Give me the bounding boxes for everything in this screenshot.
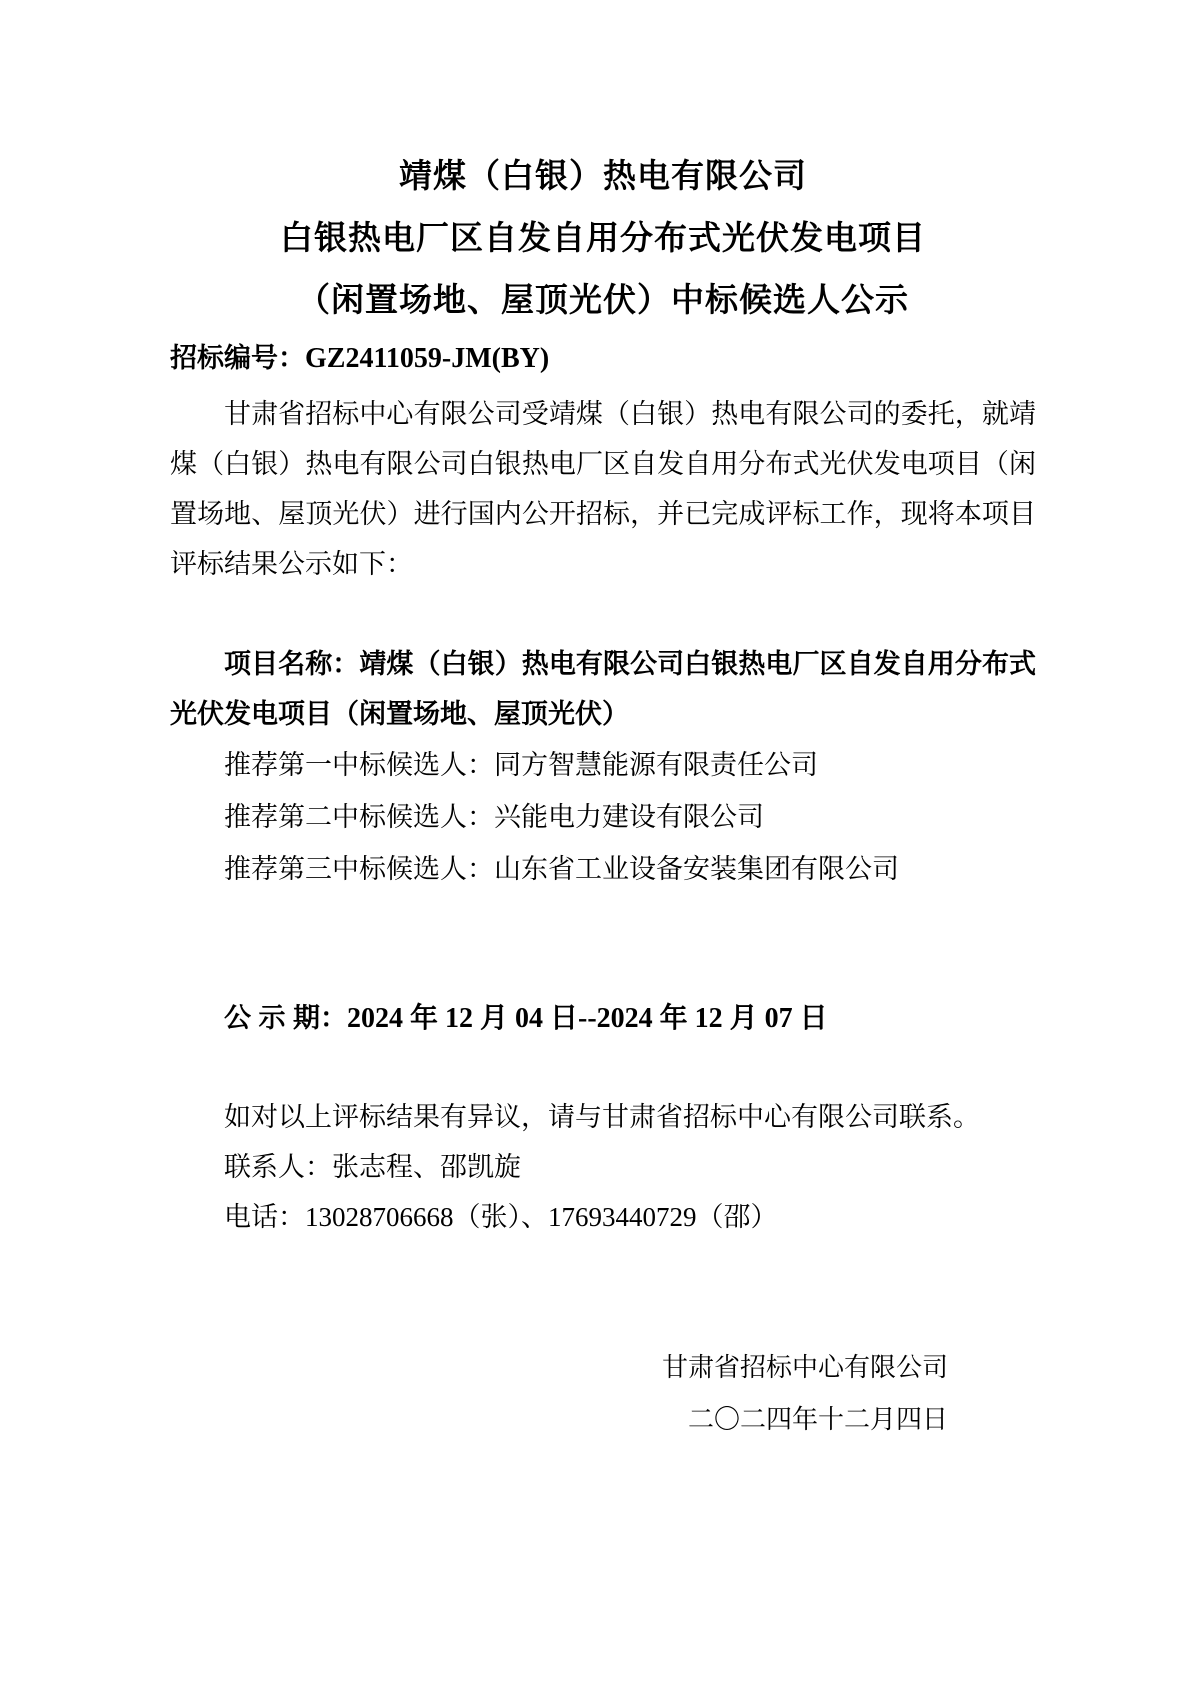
contact-person-value: 张志程、邵凯旋 — [332, 1152, 521, 1182]
title-line-2: 白银热电厂区自发自用分布式光伏发电项目 — [170, 207, 1036, 269]
project-name-label: 项目名称： — [224, 649, 359, 679]
phone-value: 13028706668（张）、17693440729（邵） — [305, 1202, 778, 1232]
candidate-first-label: 推荐第一中标候选人： — [224, 750, 494, 780]
phone-line: 电话：13028706668（张）、17693440729（邵） — [170, 1192, 1036, 1242]
signature-company: 甘肃省招标中心有限公司 — [170, 1342, 948, 1394]
publicity-period-label: 公 示 期： — [224, 1003, 347, 1033]
phone-label: 电话： — [224, 1202, 305, 1232]
contact-person-label: 联系人： — [224, 1152, 332, 1182]
candidate-third-value: 山东省工业设备安装集团有限公司 — [494, 854, 899, 884]
project-name-paragraph: 项目名称：靖煤（白银）热电有限公司白银热电厂区自发自用分布式光伏发电项目（闲置场… — [170, 639, 1036, 739]
publicity-period-line: 公 示 期：2024 年 12 月 04 日--2024 年 12 月 07 日 — [170, 993, 1036, 1044]
title-line-1: 靖煤（白银）热电有限公司 — [170, 145, 1036, 207]
contact-person-line: 联系人：张志程、邵凯旋 — [170, 1142, 1036, 1192]
signature-block: 甘肃省招标中心有限公司 二〇二四年十二月四日 — [170, 1342, 1036, 1446]
candidate-second-label: 推荐第二中标候选人： — [224, 802, 494, 832]
document-page: 靖煤（白银）热电有限公司 白银热电厂区自发自用分布式光伏发电项目 （闲置场地、屋… — [0, 0, 1191, 1684]
candidate-line-third: 推荐第三中标候选人：山东省工业设备安装集团有限公司 — [170, 843, 1036, 895]
candidate-list: 推荐第一中标候选人：同方智慧能源有限责任公司 推荐第二中标候选人：兴能电力建设有… — [170, 739, 1036, 895]
candidate-line-first: 推荐第一中标候选人：同方智慧能源有限责任公司 — [170, 739, 1036, 791]
bid-number-label: 招标编号： — [170, 343, 305, 373]
candidate-line-second: 推荐第二中标候选人：兴能电力建设有限公司 — [170, 791, 1036, 843]
bid-number-line: 招标编号：GZ2411059-JM(BY) — [170, 333, 1036, 384]
objection-note: 如对以上评标结果有异议，请与甘肃省招标中心有限公司联系。 — [170, 1092, 1036, 1142]
candidate-second-value: 兴能电力建设有限公司 — [494, 802, 764, 832]
signature-date: 二〇二四年十二月四日 — [170, 1394, 948, 1446]
bid-number-value: GZ2411059-JM(BY) — [305, 343, 549, 374]
publicity-period-value: 2024 年 12 月 04 日--2024 年 12 月 07 日 — [347, 1003, 828, 1034]
title-line-3: （闲置场地、屋顶光伏）中标候选人公示 — [170, 269, 1036, 331]
candidate-third-label: 推荐第三中标候选人： — [224, 854, 494, 884]
document-title-block: 靖煤（白银）热电有限公司 白银热电厂区自发自用分布式光伏发电项目 （闲置场地、屋… — [170, 145, 1036, 331]
candidate-first-value: 同方智慧能源有限责任公司 — [494, 750, 818, 780]
intro-paragraph: 甘肃省招标中心有限公司受靖煤（白银）热电有限公司的委托，就靖煤（白银）热电有限公… — [170, 389, 1036, 589]
